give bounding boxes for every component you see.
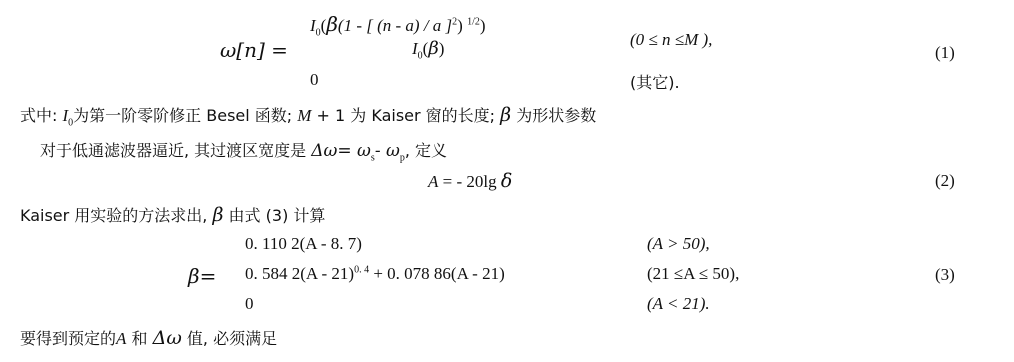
eq3-case1-condition: (A > 50), — [647, 234, 710, 254]
eq3-case1-value: 0. 110 2(A - 8. 7) — [245, 234, 362, 254]
paragraph-kaiser-beta: Kaiser 用实验的方法求出, β 由式 (3) 计算 — [20, 203, 325, 226]
eq1-condition-2: (其它). — [630, 70, 680, 93]
eq3-number: (3) — [935, 265, 955, 285]
eq1-numerator: I0(β(1 - [ (n - a) / a ]2) 1/2) — [310, 12, 486, 38]
eq3-lhs: β= — [188, 264, 216, 288]
eq2-number: (2) — [935, 171, 955, 191]
eq3-case3-value: 0 — [245, 294, 254, 314]
paragraph-requirement: 要得到预定的A 和 Δω 值, 必须满足 — [20, 326, 277, 349]
eq3-case2-value: 0. 584 2(A - 21)0. 4 + 0. 078 86(A - 21) — [245, 264, 505, 284]
eq3-case3-condition: (A < 21). — [647, 294, 710, 314]
paragraph-transition-width: 对于低通滤波器逼近, 其过渡区宽度是 Δω= ωs- ωp, 定义 — [40, 138, 447, 163]
eq1-case2-value: 0 — [310, 70, 319, 90]
eq1-denominator: I0(β) — [412, 38, 444, 61]
eq3-case2-condition: (21 ≤A ≤ 50), — [647, 264, 739, 284]
eq1-number: (1) — [935, 43, 955, 63]
eq1-condition-1: (0 ≤ n ≤M ), — [630, 30, 712, 50]
eq2-body: A = - 20lg δ — [428, 170, 512, 192]
eq1-lhs: ω[n] = — [220, 38, 288, 62]
paragraph-definitions: 式中: I0为第一阶零阶修正 Besel 函数; M + 1 为 Kaiser … — [20, 103, 596, 128]
